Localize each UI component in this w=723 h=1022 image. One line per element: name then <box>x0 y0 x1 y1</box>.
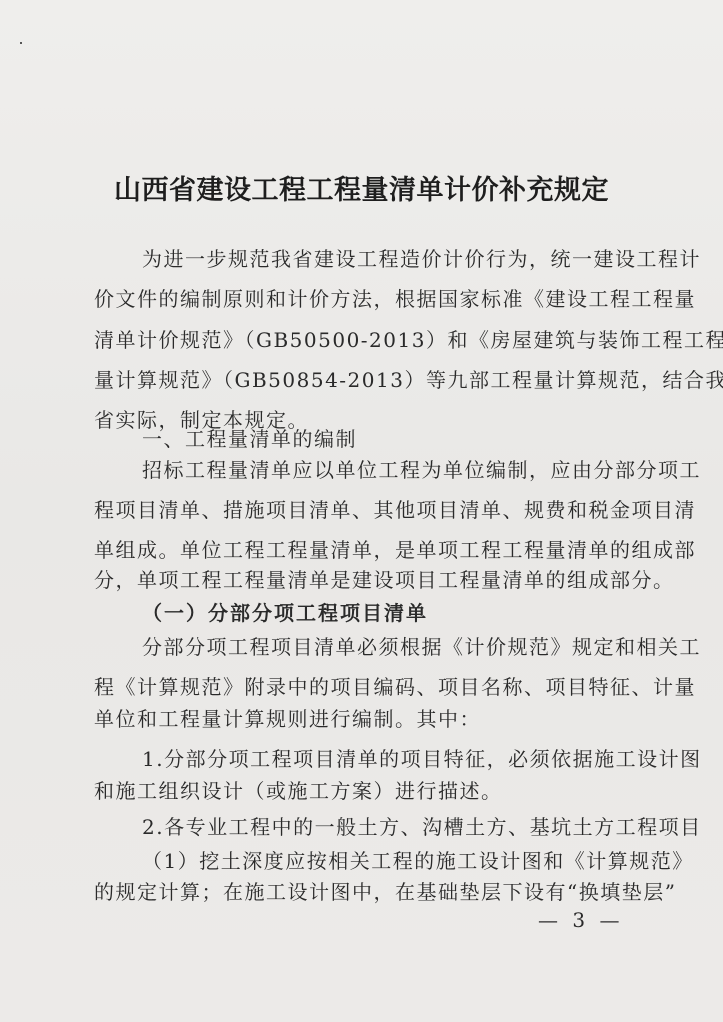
paragraph-line: 单组成。单位工程工程量清单，是单项工程工程量清单的组成部 <box>94 535 639 565</box>
list-item-2: 2.各专业工程中的一般土方、沟槽土方、基坑土方工程项目 <box>142 812 639 842</box>
paragraph-line: 的规定计算；在施工设计图中，在基础垫层下设有“换填垫层” <box>94 877 639 907</box>
paragraph-line: 为进一步规范我省建设工程造价计价行为，统一建设工程计 <box>142 244 639 274</box>
paragraph-line: 分，单项工程工程量清单是建设项目工程量清单的组成部分。 <box>94 565 639 595</box>
paragraph-line: 和施工组织设计（或施工方案）进行描述。 <box>94 776 639 806</box>
subsection-heading: （一）分部分项工程项目清单 <box>142 598 639 628</box>
paragraph-line: 招标工程量清单应以单位工程为单位编制，应由分部分项工 <box>142 455 639 485</box>
paragraph-line: 分部分项工程项目清单必须根据《计价规范》规定和相关工 <box>142 632 639 662</box>
paragraph-line: 程《计算规范》附录中的项目编码、项目名称、项目特征、计量 <box>94 672 639 702</box>
paragraph-line: 量计算规范》（GB50854-2013）等九部工程量计算规范，结合我 <box>94 365 639 395</box>
paragraph-line: 价文件的编制原则和计价方法，根据国家标准《建设工程工程量 <box>94 284 639 314</box>
document-title: 山西省建设工程工程量清单计价补充规定 <box>0 168 723 207</box>
page-number: — 3 — <box>538 908 623 932</box>
paragraph-line: 清单计价规范》（GB50500-2013）和《房屋建筑与装饰工程工程 <box>94 325 639 355</box>
list-item-1: 1.分部分项工程项目清单的项目特征，必须依据施工设计图 <box>142 744 639 774</box>
section-heading: 一、工程量清单的编制 <box>142 424 639 454</box>
paragraph-line: 程项目清单、措施项目清单、其他项目清单、规费和税金项目清 <box>94 495 639 525</box>
list-subitem-1: （1）挖土深度应按相关工程的施工设计图和《计算规范》 <box>142 846 639 876</box>
scan-speck <box>20 42 22 44</box>
document-page: 山西省建设工程工程量清单计价补充规定 为进一步规范我省建设工程造价计价行为，统一… <box>0 0 723 1022</box>
paragraph-line: 单位和工程量计算规则进行编制。其中： <box>94 704 639 734</box>
